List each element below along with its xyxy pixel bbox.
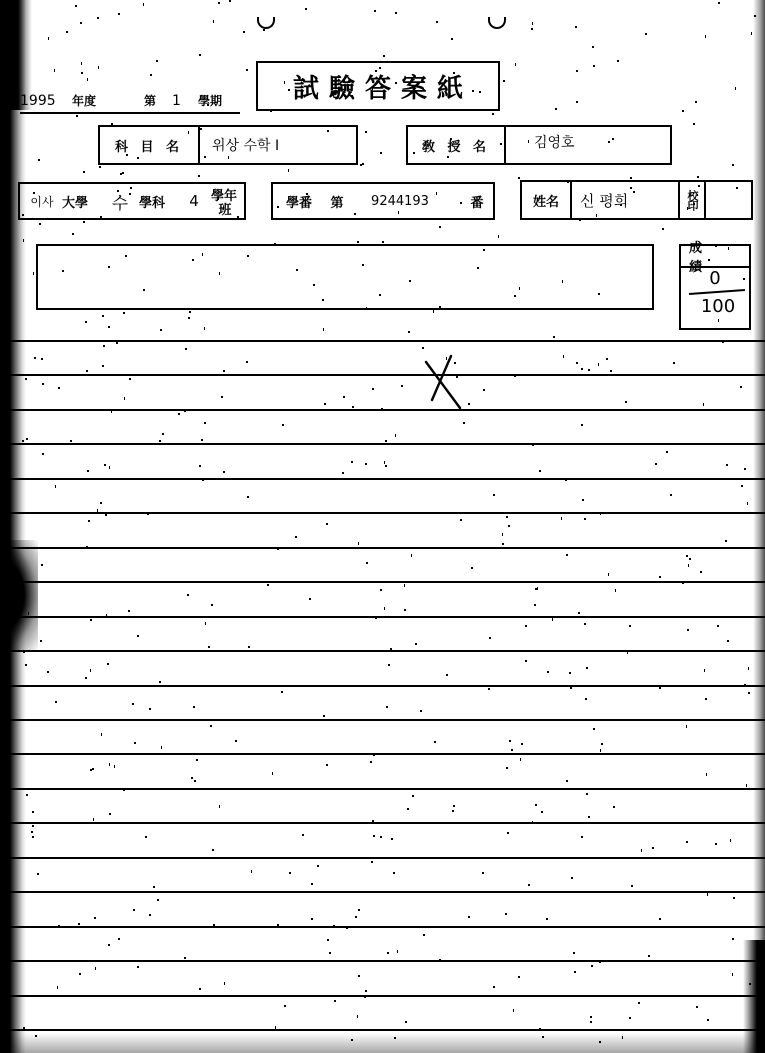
- noise-speck: [147, 513, 149, 515]
- ruled-line: [0, 960, 765, 962]
- noise-speck: [686, 555, 688, 557]
- noise-speck: [32, 825, 34, 827]
- noise-speck: [57, 986, 58, 989]
- noise-speck: [693, 203, 695, 205]
- subject-value: 위상 수학 I: [200, 127, 310, 163]
- noise-speck: [213, 20, 214, 23]
- noise-speck: [309, 598, 311, 600]
- noise-speck: [584, 623, 586, 625]
- noise-speck: [705, 35, 706, 38]
- noise-speck: [565, 479, 567, 481]
- ruled-line: [0, 340, 765, 342]
- noise-speck: [574, 971, 576, 973]
- noise-speck: [436, 192, 437, 195]
- professor-field: 敎 授 名 김영호: [406, 125, 672, 165]
- noise-speck: [509, 740, 511, 742]
- subject-label: 科 目 名: [100, 127, 198, 163]
- noise-speck: [374, 10, 376, 12]
- noise-speck: [492, 113, 494, 115]
- noise-speck: [354, 213, 356, 215]
- ruled-line: [0, 1029, 765, 1031]
- noise-speck: [251, 870, 252, 873]
- noise-speck: [118, 938, 120, 940]
- noise-speck: [477, 267, 479, 269]
- noise-speck: [404, 584, 405, 587]
- noise-speck: [725, 540, 727, 542]
- divider: [570, 182, 572, 218]
- noise-speck: [567, 181, 569, 183]
- noise-speck: [201, 439, 203, 441]
- noise-speck: [246, 361, 248, 363]
- noise-speck: [379, 294, 381, 296]
- noise-speck: [385, 440, 387, 442]
- noise-speck: [364, 996, 366, 998]
- noise-speck: [80, 22, 82, 24]
- ruled-line: [0, 857, 765, 859]
- noise-speck: [344, 94, 345, 97]
- noise-speck: [384, 461, 385, 464]
- noise-speck: [372, 388, 374, 390]
- noise-speck: [23, 239, 24, 242]
- noise-speck: [733, 897, 735, 899]
- noise-speck: [722, 341, 724, 343]
- noise-speck: [143, 289, 145, 291]
- noise-speck: [344, 79, 345, 82]
- noise-speck: [394, 1037, 396, 1039]
- noise-speck: [503, 80, 505, 82]
- noise-speck: [451, 38, 453, 40]
- noise-speck: [630, 187, 632, 189]
- ruled-line: [0, 581, 765, 583]
- noise-speck: [162, 433, 164, 435]
- noise-speck: [302, 834, 304, 836]
- noise-speck: [317, 865, 319, 867]
- noise-speck: [79, 973, 81, 975]
- ruled-line: [0, 650, 765, 652]
- noise-speck: [66, 31, 68, 33]
- noise-speck: [708, 259, 710, 261]
- noise-speck: [93, 818, 94, 821]
- noise-speck: [615, 589, 616, 592]
- noise-speck: [137, 966, 139, 968]
- noise-speck: [117, 190, 119, 192]
- noise-speck: [111, 410, 112, 413]
- noise-speck: [488, 688, 490, 690]
- noise-speck: [282, 424, 284, 426]
- noise-speck: [362, 264, 364, 266]
- noise-speck: [104, 464, 106, 466]
- noise-speck: [305, 8, 307, 10]
- noise-speck: [274, 243, 276, 245]
- noise-speck: [243, 31, 245, 33]
- noise-speck: [210, 725, 212, 727]
- noise-speck: [333, 925, 335, 927]
- noise-speck: [358, 542, 359, 545]
- noise-speck: [645, 33, 647, 35]
- noise-speck: [209, 650, 211, 652]
- scan-shadow-right: [753, 0, 765, 1053]
- noise-speck: [247, 496, 249, 498]
- noise-speck: [386, 706, 388, 708]
- noise-speck: [109, 813, 111, 815]
- noise-speck: [326, 523, 328, 525]
- noise-speck: [698, 185, 700, 187]
- noise-speck: [578, 612, 580, 614]
- year-value: 4: [188, 184, 200, 218]
- noise-speck: [34, 357, 36, 359]
- noise-speck: [413, 152, 415, 154]
- student-number-field: 學番 第 9244193 番: [271, 182, 495, 220]
- noise-speck: [633, 191, 635, 193]
- noise-speck: [48, 37, 49, 40]
- score-fraction-bar: [689, 289, 745, 295]
- noise-speck: [219, 805, 220, 808]
- noise-speck: [741, 485, 743, 487]
- noise-speck: [453, 72, 455, 74]
- noise-speck: [689, 558, 691, 560]
- noise-speck: [446, 357, 447, 360]
- noise-speck: [571, 877, 573, 879]
- noise-speck: [372, 87, 373, 90]
- noise-speck: [218, 197, 219, 200]
- noise-speck: [193, 706, 195, 708]
- noise-speck: [188, 317, 190, 319]
- noise-speck: [539, 470, 541, 472]
- noise-speck: [87, 470, 89, 472]
- noise-speck: [706, 773, 707, 776]
- noise-speck: [586, 793, 588, 795]
- noise-speck: [434, 741, 436, 743]
- noise-speck: [590, 1021, 592, 1023]
- noise-speck: [196, 759, 198, 761]
- noise-speck: [648, 955, 650, 957]
- noise-speck: [666, 451, 668, 453]
- noise-speck: [407, 808, 409, 810]
- noise-speck: [248, 646, 250, 648]
- noise-speck: [610, 370, 612, 372]
- noise-speck: [471, 567, 473, 569]
- noise-speck: [652, 847, 654, 849]
- noise-speck: [573, 952, 575, 954]
- noise-speck: [423, 934, 425, 936]
- noise-speck: [454, 362, 456, 364]
- noise-speck: [326, 764, 328, 766]
- noise-speck: [381, 408, 383, 410]
- noise-speck: [715, 843, 717, 845]
- noise-speck: [662, 228, 664, 230]
- noise-speck: [313, 822, 315, 824]
- noise-speck: [184, 957, 186, 959]
- noise-speck: [352, 406, 354, 408]
- noise-speck: [390, 648, 392, 650]
- noise-speck: [90, 669, 91, 672]
- noise-speck: [357, 241, 359, 243]
- noise-speck: [395, 82, 397, 84]
- noise-speck: [622, 1036, 623, 1039]
- noise-speck: [673, 362, 675, 364]
- noise-speck: [479, 91, 481, 93]
- noise-speck: [563, 355, 564, 358]
- noise-speck: [270, 110, 272, 112]
- noise-speck: [327, 939, 329, 941]
- noise-speck: [686, 725, 687, 728]
- college-label: 大學: [58, 184, 92, 218]
- noise-speck: [235, 740, 237, 742]
- noise-speck: [122, 172, 124, 174]
- noise-speck: [189, 311, 191, 313]
- noise-speck: [397, 950, 398, 953]
- ruled-line: [0, 822, 765, 824]
- noise-speck: [72, 233, 74, 235]
- noise-speck: [409, 280, 411, 282]
- noise-speck: [744, 468, 746, 470]
- noise-speck: [182, 125, 184, 127]
- noise-speck: [275, 1026, 276, 1029]
- noise-speck: [87, 78, 88, 81]
- noise-speck: [143, 3, 144, 6]
- noise-speck: [627, 651, 628, 654]
- noise-speck: [31, 831, 33, 833]
- noise-speck: [78, 923, 80, 925]
- noise-speck: [727, 640, 729, 642]
- noise-speck: [566, 554, 568, 556]
- noise-speck: [659, 687, 661, 689]
- noise-speck: [420, 710, 422, 712]
- noise-speck: [608, 573, 609, 576]
- noise-speck: [58, 387, 60, 389]
- noise-speck: [404, 609, 406, 611]
- comment-box: [36, 244, 654, 310]
- noise-speck: [747, 502, 748, 505]
- noise-speck: [106, 614, 107, 617]
- noise-speck: [511, 749, 513, 751]
- noise-speck: [157, 899, 159, 901]
- noise-speck: [566, 780, 568, 782]
- noise-speck: [149, 914, 151, 916]
- student-number-label: 學番: [279, 184, 319, 218]
- noise-speck: [732, 938, 734, 940]
- term-line: 1995 年度 第 1 學期: [20, 88, 240, 114]
- noise-speck: [751, 32, 752, 35]
- ruled-line: [0, 478, 765, 480]
- noise-speck: [42, 453, 44, 455]
- noise-speck: [422, 347, 424, 349]
- noise-speck: [629, 625, 631, 627]
- noise-speck: [100, 502, 102, 504]
- noise-speck: [88, 520, 90, 522]
- noise-speck: [659, 576, 661, 578]
- noise-speck: [439, 959, 441, 961]
- ruled-line: [0, 512, 765, 514]
- noise-speck: [525, 625, 527, 627]
- noise-speck: [370, 761, 372, 763]
- noise-speck: [100, 216, 102, 218]
- noise-speck: [521, 743, 523, 745]
- noise-speck: [128, 610, 130, 612]
- ruled-line: [0, 547, 765, 549]
- noise-speck: [601, 743, 603, 745]
- noise-speck: [546, 918, 548, 920]
- noise-speck: [532, 444, 534, 446]
- noise-speck: [562, 280, 563, 283]
- noise-speck: [296, 269, 298, 271]
- noise-speck: [728, 247, 729, 250]
- score-box: 成 績 0 100: [679, 244, 751, 330]
- ruled-line: [0, 753, 765, 755]
- noise-speck: [596, 214, 597, 217]
- noise-speck: [99, 166, 101, 168]
- noise-speck: [324, 403, 326, 405]
- noise-speck: [659, 918, 661, 920]
- noise-speck: [388, 664, 390, 666]
- noise-speck: [366, 562, 368, 564]
- noise-speck: [638, 1002, 640, 1004]
- college-value: 이사: [30, 184, 54, 218]
- noise-speck: [28, 612, 29, 615]
- noise-speck: [372, 820, 374, 822]
- noise-speck: [223, 471, 225, 473]
- noise-speck: [384, 607, 385, 610]
- noise-speck: [380, 152, 382, 154]
- noise-speck: [696, 1006, 698, 1008]
- noise-speck: [588, 369, 590, 371]
- noise-speck: [541, 811, 543, 813]
- noise-speck: [160, 329, 162, 331]
- noise-speck: [22, 214, 24, 216]
- noise-speck: [130, 187, 132, 189]
- noise-speck: [584, 518, 586, 520]
- noise-speck: [447, 156, 449, 158]
- noise-speck: [85, 321, 87, 323]
- noise-speck: [631, 885, 633, 887]
- noise-speck: [233, 650, 235, 652]
- noise-speck: [208, 646, 210, 648]
- noise-speck: [281, 691, 283, 693]
- noise-speck: [272, 772, 273, 775]
- noise-speck: [748, 667, 749, 670]
- noise-speck: [507, 832, 509, 834]
- noise-speck: [695, 101, 697, 103]
- divider: [704, 182, 706, 218]
- noise-speck: [498, 235, 499, 238]
- noise-speck: [343, 396, 345, 398]
- noise-speck: [625, 401, 627, 403]
- noise-speck: [351, 461, 353, 463]
- noise-speck: [483, 249, 485, 251]
- noise-speck: [218, 2, 220, 4]
- noise-speck: [228, 156, 229, 159]
- noise-speck: [351, 95, 353, 97]
- noise-speck: [202, 253, 203, 256]
- noise-speck: [398, 211, 399, 214]
- noise-speck: [192, 259, 194, 261]
- noise-speck: [705, 698, 707, 700]
- noise-speck: [679, 278, 681, 280]
- noise-speck: [506, 767, 508, 769]
- noise-speck: [672, 995, 674, 997]
- professor-value: 김영호: [506, 121, 606, 163]
- noise-speck: [588, 816, 590, 818]
- noise-speck: [532, 821, 533, 824]
- noise-speck: [109, 763, 110, 766]
- noise-speck: [83, 171, 85, 173]
- noise-speck: [575, 26, 577, 28]
- noise-speck: [229, 0, 231, 2]
- noise-speck: [92, 768, 94, 770]
- noise-speck: [687, 207, 688, 210]
- noise-speck: [277, 924, 279, 926]
- noise-speck: [37, 873, 39, 875]
- noise-speck: [572, 822, 574, 824]
- noise-speck: [576, 70, 578, 72]
- seal-label: 校印: [680, 182, 704, 218]
- noise-speck: [116, 342, 118, 344]
- noise-speck: [101, 733, 102, 736]
- noise-speck: [450, 138, 452, 140]
- term-semester-label: 學期: [198, 92, 222, 109]
- noise-speck: [379, 308, 381, 310]
- noise-speck: [682, 110, 684, 112]
- noise-speck: [693, 123, 695, 125]
- noise-speck: [126, 154, 128, 156]
- noise-speck: [630, 177, 632, 179]
- term-year: 1995: [20, 93, 56, 109]
- noise-speck: [108, 944, 110, 946]
- ruled-line: [0, 374, 765, 376]
- name-field: 姓名 신 평희 校印: [520, 180, 753, 220]
- noise-speck: [460, 519, 462, 521]
- noise-speck: [569, 672, 571, 674]
- noise-speck: [506, 516, 508, 518]
- noise-speck: [472, 90, 474, 92]
- noise-speck: [202, 479, 204, 481]
- noise-speck: [655, 463, 657, 465]
- noise-speck: [606, 358, 608, 360]
- noise-speck: [500, 143, 502, 145]
- noise-speck: [62, 270, 64, 272]
- subject-field: 科 目 名 위상 수학 I: [98, 125, 358, 165]
- noise-speck: [149, 708, 151, 710]
- noise-speck: [86, 546, 88, 548]
- noise-speck: [284, 81, 285, 84]
- noise-speck: [468, 916, 470, 918]
- noise-speck: [123, 312, 125, 314]
- noise-speck: [145, 836, 147, 838]
- noise-speck: [207, 104, 209, 106]
- noise-speck: [395, 434, 396, 437]
- noise-speck: [156, 60, 158, 62]
- noise-speck: [405, 1021, 407, 1023]
- document-title-box: 試驗答案紙: [256, 61, 500, 111]
- noise-speck: [22, 440, 24, 442]
- noise-speck: [704, 669, 705, 672]
- noise-speck: [107, 663, 109, 665]
- noise-speck: [519, 287, 520, 290]
- binder-hole-icon: [488, 17, 506, 29]
- noise-speck: [395, 12, 397, 14]
- noise-speck: [576, 362, 578, 364]
- noise-speck: [433, 310, 434, 313]
- noise-speck: [223, 370, 225, 372]
- noise-speck: [415, 643, 417, 645]
- noise-speck: [749, 983, 751, 985]
- document-title: 試驗答案紙: [283, 68, 473, 105]
- noise-speck: [194, 780, 196, 782]
- noise-speck: [124, 397, 125, 400]
- noise-speck: [263, 29, 265, 31]
- noise-speck: [612, 138, 614, 140]
- noise-speck: [365, 131, 367, 133]
